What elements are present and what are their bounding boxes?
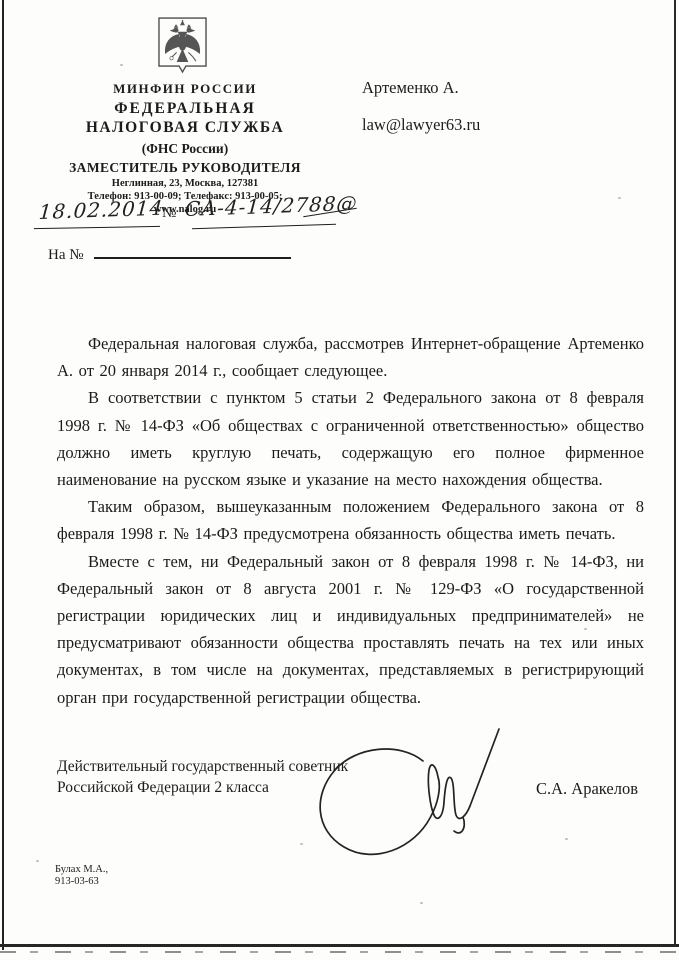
deputy-head-title: ЗАМЕСТИТЕЛЬ РУКОВОДИТЕЛЯ [40,160,330,176]
letter-body: Федеральная налоговая служба, рассмотрев… [57,330,644,711]
scan-edge-bottom [0,944,679,947]
number-sign: № [162,205,176,222]
scan-edge-right [674,0,676,947]
outgoing-date-handwritten: 18.02.2014 [38,196,164,224]
scan-noise-speck [36,860,39,862]
recipient-email: law@lawyer63.ru [362,115,480,135]
agency-address: Неглинная, 23, Москва, 127381 [40,178,330,189]
body-paragraph: В соответствии с пунктом 5 статьи 2 Феде… [57,384,644,493]
recipient-name: Артеменко А. [362,78,459,98]
number-underline [192,224,336,230]
scan-edge-bottom-dashes [0,951,679,953]
agency-name-line2: НАЛОГОВАЯ СЛУЖБА [40,119,330,137]
scan-noise-speck [420,902,423,904]
body-paragraph: Вместе с тем, ни Федеральный закон от 8 … [57,548,644,711]
date-underline [34,226,160,229]
reply-reference-line: На № [48,245,291,264]
body-paragraph: Таким образом, вышеуказанным положением … [57,493,644,547]
ministry-name: МИНФИН РОССИИ [40,81,330,97]
executor-block: Булах М.А., 913-03-63 [55,864,108,887]
scan-edge-left [2,0,4,950]
letterhead: МИНФИН РОССИИ ФЕДЕРАЛЬНАЯ НАЛОГОВАЯ СЛУЖ… [40,14,330,215]
executor-phone: 913-03-63 [55,876,108,888]
agency-abbreviation: (ФНС России) [40,141,330,157]
scan-noise-speck [565,838,568,840]
outgoing-number-handwritten: СА-4-14/2788@ [184,191,358,221]
body-paragraph: Федеральная налоговая служба, рассмотрев… [57,330,644,384]
executor-name: Булах М.А., [55,864,108,876]
signature-scribble [298,698,513,873]
signer-name: С.А. Аракелов [536,779,638,799]
scan-noise-speck [618,197,621,199]
agency-name-line1: ФЕДЕРАЛЬНАЯ [40,100,330,118]
reply-to-label: На № [48,247,84,263]
coat-of-arms-icon [158,17,207,74]
reply-to-underline [94,245,291,259]
document-page: МИНФИН РОССИИ ФЕДЕРАЛЬНАЯ НАЛОГОВАЯ СЛУЖ… [0,0,679,960]
